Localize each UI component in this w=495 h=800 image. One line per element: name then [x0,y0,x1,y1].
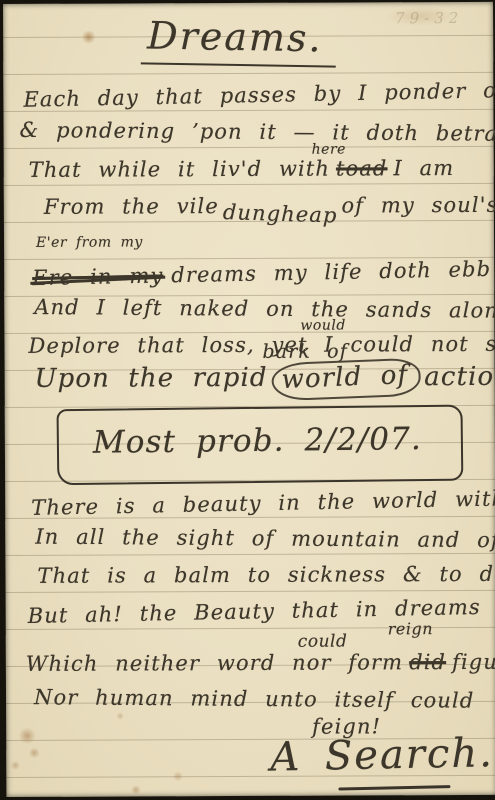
date-annotation-box: Most prob. 2/2/07. [57,405,464,486]
line-13-end: figure out [452,650,495,675]
struck-word-did: did [409,650,446,674]
line-3-text: That while it liv'd with [29,157,330,182]
poem-line-9: There is a beauty in the world without [31,486,495,520]
line-8-end: action [424,362,495,392]
poem-line-3: That while it liv'd withtoadI am [29,156,455,182]
foxing-stain [130,785,141,794]
line-5-end: dreams my life doth ebb away [171,255,495,287]
insertion-phrase: E'er from my [36,234,143,250]
poem-line-13: Which neither word nor formdidfigure out [26,650,495,676]
foxing-stain [172,771,183,781]
line-3-end: I am [393,156,454,180]
foxing-stain [81,31,96,44]
poem-line-11: That is a balm to sickness & to doubt, [37,562,495,588]
poem-line-2: & pondering ’pon it — it doth betray [19,118,495,146]
foxing-stain [18,728,36,744]
line-4-end: of my soul's decay. [341,192,495,217]
poem-line-1: Each day that passes by I ponder on [23,78,495,112]
foxing-stain [28,748,40,758]
insertion-word-could: could [298,632,348,652]
struck-word: toad [336,156,388,180]
manuscript-scan: { "archival_mark": "79-32", "title": "Dr… [0,0,495,800]
poem-title-underlined-text: Dreams. [141,13,337,67]
line-8-text: Upon the rapid [35,363,268,394]
insertion-word-here: here [312,142,346,158]
circled-phrase: world of [271,358,421,402]
poem-title: Dreams. [141,15,337,67]
author-signature: A Search. [270,730,494,780]
insertion-word-would: would [300,318,345,334]
poem-line-6: And I left naked on the sands alone [34,295,495,323]
line-4-text: From the vile [44,194,219,219]
poem-line-8: Upon the rapidworld ofaction [35,360,495,400]
foxing-stain [116,712,124,719]
signature-underline [338,785,450,790]
date-annotation-text: Most prob. 2/2/07. [93,421,461,461]
ruled-notebook-page: 79-32 Dreams. Each day that passes by I … [3,2,495,797]
poem-line-14: Nor human mind unto itself could [34,685,474,712]
insertion-word-reign: reign [388,619,433,638]
poem-line-4: From the viledungheapof my soul's decay. [44,192,495,218]
poem-line-10: In all the sight of mountain and of plai… [35,525,495,553]
foxing-stain [10,761,20,770]
insertion-phrase-bark-of: bark of [262,340,347,362]
poem-line-5: Ere in mydreams my life doth ebb away [32,255,495,290]
struck-phrase: Ere in my [32,263,164,290]
insertion-word-dungheap: dungheap [223,200,338,227]
line-13-text: Which neither word nor form [26,650,403,676]
